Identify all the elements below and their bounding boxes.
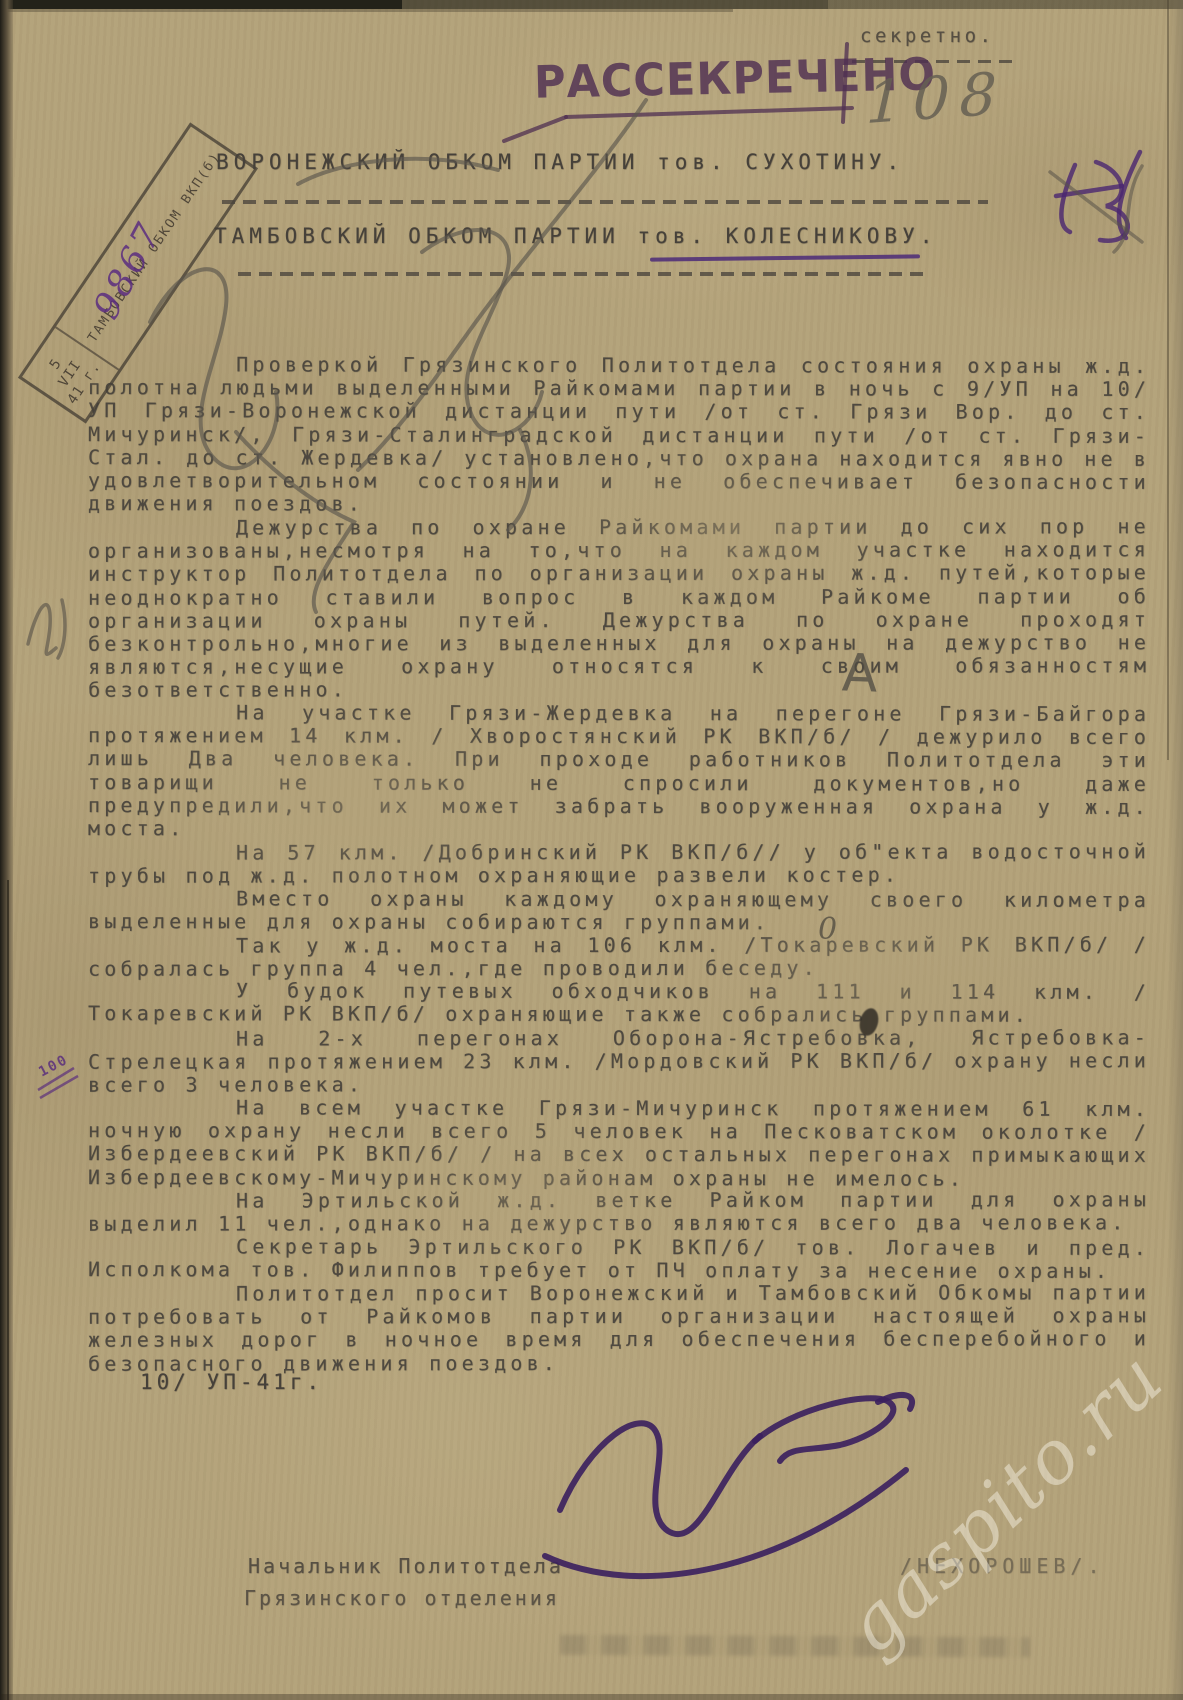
margin-pencil-mark <box>28 600 65 658</box>
margin-stamp-fragment: 100 <box>36 1052 71 1081</box>
body-paragraph: У будок путевых обходчиков на 111 и 114 … <box>88 980 1150 1028</box>
body-paragraph: На Эртильской ж.д. ветке Райком партии д… <box>88 1189 1150 1237</box>
classification-label: секретно. <box>860 25 994 47</box>
site-watermark: gaspito.ru <box>829 1335 1180 1671</box>
ink-underline-kolesnikov <box>650 254 920 261</box>
pencil-cross-stroke <box>1050 166 1142 252</box>
recipient-line-tambov: ТАМБОВСКИЙ ОБКОМ ПАРТИИ тов. КОЛЕСНИКОВУ… <box>214 224 937 248</box>
bleed-through-ghost-text <box>560 1635 1030 1657</box>
document-body: Проверкой Грязинского Политотдела состоя… <box>88 354 1150 1375</box>
ink-signature <box>545 1395 912 1576</box>
handwritten-folio-number: 108 <box>865 59 1008 137</box>
body-paragraph: На 57 клм. /Добринский РК ВКП/б// у об"е… <box>88 841 1150 889</box>
signature-title-line2: Грязинского отделения <box>244 1586 560 1610</box>
registration-stamp-number: 9867 <box>86 215 171 326</box>
body-paragraph: Вместо охраны каждому охраняющему своего… <box>88 887 1150 935</box>
scan-edge-top <box>0 0 1183 9</box>
body-paragraph: На участке Грязи-Жердевка на перегоне Гр… <box>88 701 1150 842</box>
date-line: 10/ УП-41г. <box>140 1370 323 1394</box>
pencil-letter-annotation: А <box>841 643 879 704</box>
body-paragraph: Политотдел просит Воронежский и Тамбовск… <box>88 1281 1150 1375</box>
signature-title-line1: Начальник Политотдела <box>248 1554 564 1578</box>
body-paragraph: На 2-х перегонах Оборона-Ястребовка, Яст… <box>88 1026 1150 1097</box>
scanned-document-page: секретно. 108 РАССЕКРЕЧЕНО 5 VII 41 г. Т… <box>0 0 1183 1700</box>
scan-crease-top <box>0 9 733 12</box>
body-paragraph: На всем участке Грязи-Мичуринск протяжен… <box>88 1096 1150 1191</box>
crossed-out-number-scribble <box>1056 152 1140 241</box>
body-paragraph: Дежурства по охране Райкомами партии до … <box>88 516 1150 703</box>
scan-edge-left-line <box>7 880 9 1700</box>
scan-edge-right <box>1168 0 1183 1700</box>
body-paragraph: Проверкой Грязинского Политотдела состоя… <box>88 353 1150 517</box>
scan-edge-right-line <box>1167 0 1169 760</box>
recipient-line-1-dashes <box>222 200 988 204</box>
recipient-line-voronezh: ВОРОНЕЖСКИЙ ОБКОМ ПАРТИИ тов. СУХОТИНУ. <box>216 150 904 174</box>
body-paragraph: Секретарь Эртильского РК ВКП/б/ тов. Лог… <box>88 1235 1150 1283</box>
recipient-line-2-dashes <box>238 272 928 276</box>
body-paragraph: Так у ж.д. моста на 106 клм. /Токаревски… <box>88 933 1150 981</box>
scan-edge-bottom <box>0 1694 1183 1700</box>
pencil-zero-annotation: 0 <box>818 912 837 947</box>
